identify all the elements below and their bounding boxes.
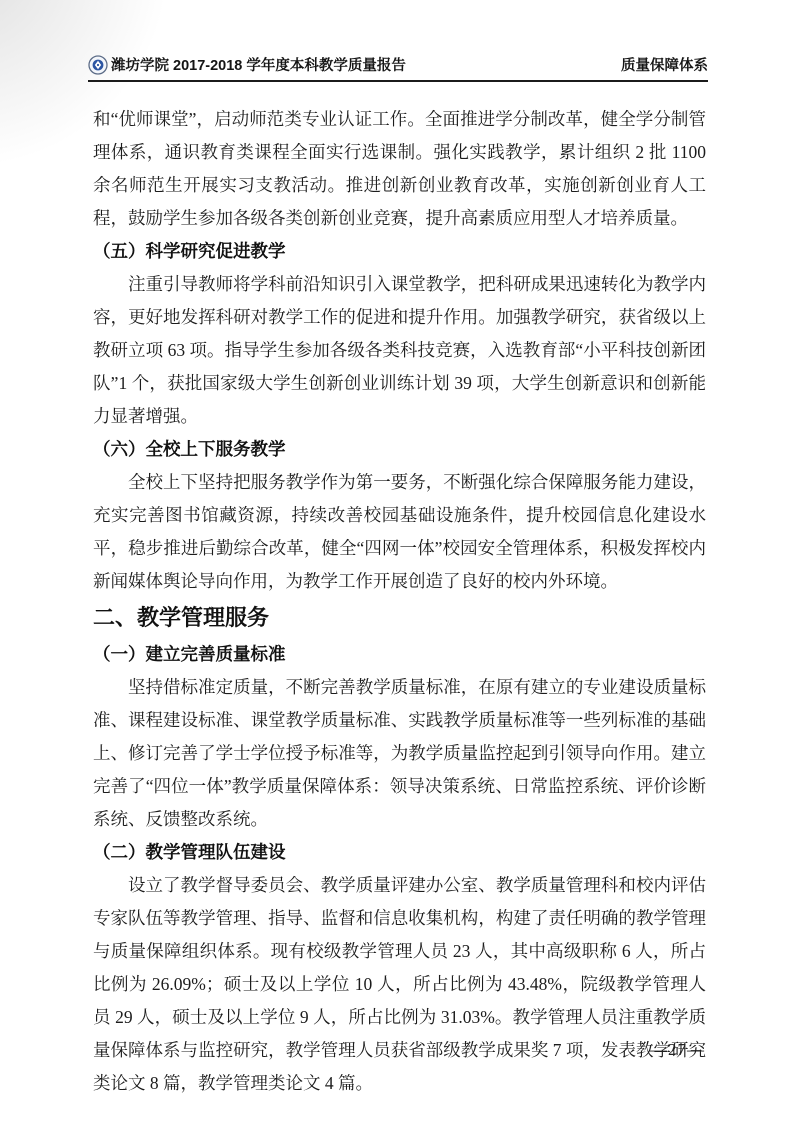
- section-heading-2: （二）教学管理队伍建设: [93, 836, 706, 869]
- body-paragraph: 注重引导教师将学科前沿知识引入课堂教学，把科研成果迅速转化为教学内容，更好地发挥…: [93, 268, 706, 433]
- body-paragraph: 全校上下坚持把服务教学作为第一要务，不断强化综合保障服务能力建设，充实完善图书馆…: [93, 466, 706, 598]
- page-footer: —27—: [650, 1040, 705, 1060]
- header-left-group: 潍坊学院 2017-2018 学年度本科教学质量报告: [88, 54, 406, 75]
- page-number: —27—: [650, 1040, 705, 1059]
- header-row: 潍坊学院 2017-2018 学年度本科教学质量报告 质量保障体系: [88, 54, 708, 82]
- chapter-heading-2: 二、教学管理服务: [93, 600, 706, 636]
- university-seal-icon: [88, 55, 108, 75]
- header-report-title: 潍坊学院 2017-2018 学年度本科教学质量报告: [111, 54, 406, 75]
- section-heading-1: （一）建立完善质量标准: [93, 638, 706, 671]
- section-heading-6: （六）全校上下服务教学: [93, 433, 706, 466]
- body-paragraph: 坚持借标准定质量，不断完善教学质量标准，在原有建立的专业建设质量标准、课程建设标…: [93, 671, 706, 836]
- body-paragraph: 设立了教学督导委员会、教学质量评建办公室、教学质量管理科和校内评估专家队伍等教学…: [93, 869, 706, 1100]
- document-page: 潍坊学院 2017-2018 学年度本科教学质量报告 质量保障体系 和“优师课堂…: [0, 0, 800, 1131]
- page-header: 潍坊学院 2017-2018 学年度本科教学质量报告 质量保障体系: [88, 54, 708, 82]
- body-paragraph-continued: 和“优师课堂”，启动师范类专业认证工作。全面推进学分制改革，健全学分制管理体系，…: [93, 103, 706, 235]
- section-heading-5: （五）科学研究促进教学: [93, 235, 706, 268]
- header-section-label: 质量保障体系: [621, 54, 708, 75]
- document-body: 和“优师课堂”，启动师范类专业认证工作。全面推进学分制改革，健全学分制管理体系，…: [93, 103, 706, 1100]
